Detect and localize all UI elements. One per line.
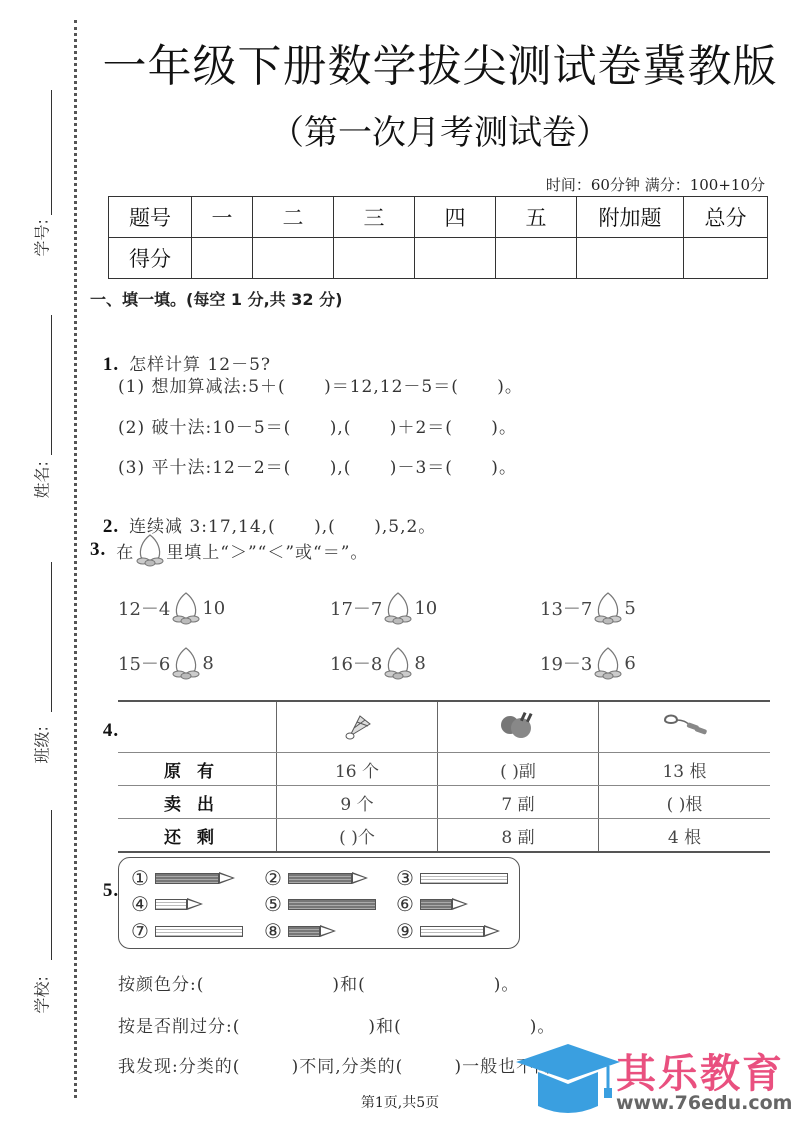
pencil-4: ④: [131, 892, 203, 916]
shuttlecock-cell: [277, 701, 438, 753]
score-input-cell[interactable]: [496, 238, 577, 279]
peach-answer-slot[interactable]: [592, 645, 624, 681]
compare-right: 6: [624, 653, 635, 674]
compare-item: 12－4 10: [118, 590, 225, 626]
cut-line: [74, 20, 77, 1098]
compare-left: 13－7: [540, 595, 592, 621]
watermark: 其乐教育 www.76edu.com: [512, 1040, 792, 1118]
question-text: 里填上“＞”“＜”或“＝”。: [166, 538, 368, 563]
compare-right: 5: [624, 598, 635, 619]
empty-header-cell: [118, 701, 277, 753]
jump-rope-cell: [599, 701, 771, 753]
compare-left: 12－4: [118, 595, 170, 621]
pencil-box: ① ② ③ ④ ⑤ ⑥ ⑦ ⑧ ⑨: [118, 857, 520, 949]
pencil-body: [155, 926, 243, 937]
table-cell: 8 副: [438, 819, 599, 853]
ping-pong-paddles-icon: [496, 710, 540, 740]
pencil-8: ⑧: [264, 919, 336, 943]
score-header-cell: 附加题: [577, 197, 684, 238]
answer-cell[interactable]: ( )副: [438, 753, 599, 786]
score-header-cell: 五: [496, 197, 577, 238]
pencil-number: ②: [264, 866, 282, 890]
score-input-cell[interactable]: [192, 238, 253, 279]
score-header-cell: 四: [415, 197, 496, 238]
compare-left: 15－6: [118, 650, 170, 676]
school-label: 学校:: [30, 980, 53, 1014]
pencil-number: ⑨: [396, 919, 414, 943]
row-label: 还剩: [118, 819, 277, 853]
shuttlecock-icon: [340, 708, 374, 742]
question-1-part-2: (2) 破十法:10－5＝( ),( )＋2＝( )。: [118, 413, 517, 438]
pencil-6: ⑥: [396, 892, 468, 916]
watermark-brand: 其乐教育: [616, 1042, 784, 1099]
question-number: 5.: [103, 880, 119, 901]
goods-icon-row: [118, 701, 770, 753]
goods-table: 原有 16 个 ( )副 13 根 卖出 9 个 7 副 ( )根 还剩 ( )…: [118, 700, 770, 853]
row-label: 原有: [118, 753, 277, 786]
score-input-cell[interactable]: [415, 238, 496, 279]
question-1: 1.怎样计算 12－5?: [90, 330, 271, 376]
pencil-9: ⑨: [396, 919, 500, 943]
table-cell: 4 根: [599, 819, 771, 853]
page-number: 第1页,共5页: [300, 1092, 500, 1112]
peach-answer-slot[interactable]: [382, 645, 414, 681]
name-underline: [51, 315, 52, 455]
score-header-cell: 题号: [109, 197, 192, 238]
question-1-part-1: (1) 想加算减法:5＋( )＝12,12－5＝( )。: [118, 372, 523, 397]
page-subtitle: （第一次月考测试卷）: [100, 105, 780, 154]
question-5-line-2: 按是否削过分:( )和( )。: [118, 1012, 555, 1037]
question-number: 4.: [103, 720, 119, 741]
pencil-number: ⑦: [131, 919, 149, 943]
pencil-body: [420, 899, 452, 910]
peach-answer-slot[interactable]: [170, 590, 202, 626]
score-header-cell: 二: [253, 197, 334, 238]
page-title: 一年级下册数学拔尖测试卷冀教版: [100, 30, 780, 94]
score-value-row: 得分: [109, 238, 768, 279]
compare-item: 13－7 5: [540, 590, 636, 626]
goods-row: 还剩 ( )个 8 副 4 根: [118, 819, 770, 853]
pencil-tip-icon: [352, 872, 368, 884]
pencil-3: ③: [396, 866, 508, 890]
pencil-tip-icon: [219, 872, 235, 884]
score-header-cell: 三: [334, 197, 415, 238]
pencil-number: ⑤: [264, 892, 282, 916]
score-input-cell[interactable]: [253, 238, 334, 279]
student-id-label: 学号:: [30, 223, 53, 257]
paddles-cell: [438, 701, 599, 753]
class-label: 班级:: [30, 730, 53, 764]
question-number: 3.: [90, 539, 106, 561]
question-number: 1.: [103, 354, 119, 375]
score-table: 题号 一 二 三 四 五 附加题 总分 得分: [108, 196, 768, 279]
pencil-body: [420, 873, 508, 884]
pencil-number: ④: [131, 892, 149, 916]
compare-right: 10: [202, 598, 225, 619]
question-3: 3. 在 里填上“＞”“＜”或“＝”。: [90, 532, 368, 568]
pencil-tip-icon: [484, 925, 500, 937]
peach-answer-slot[interactable]: [170, 645, 202, 681]
pencil-body: [155, 873, 219, 884]
question-5-line-3: 我发现:分类的( )不同,分类的( )一般也不同。: [118, 1052, 570, 1077]
row-label: 卖出: [118, 786, 277, 819]
pencil-5: ⑤: [264, 892, 376, 916]
name-label: 姓名:: [30, 465, 53, 499]
pencil-tip-icon: [320, 925, 336, 937]
student-id-underline: [51, 90, 52, 215]
table-cell: 16 个: [277, 753, 438, 786]
answer-cell[interactable]: ( )个: [277, 819, 438, 853]
school-underline: [51, 810, 52, 960]
peach-answer-slot[interactable]: [592, 590, 624, 626]
table-cell: 7 副: [438, 786, 599, 819]
pencil-2: ②: [264, 866, 368, 890]
pencil-tip-icon: [187, 898, 203, 910]
compare-right: 8: [202, 653, 213, 674]
pencil-tip-icon: [452, 898, 468, 910]
table-cell: 13 根: [599, 753, 771, 786]
peach-answer-slot[interactable]: [382, 590, 414, 626]
compare-left: 16－8: [330, 650, 382, 676]
answer-cell[interactable]: ( )根: [599, 786, 771, 819]
time-info: 时间：60分钟 满分：100+10分: [546, 174, 765, 195]
goods-row: 原有 16 个 ( )副 13 根: [118, 753, 770, 786]
pencil-body: [288, 873, 352, 884]
jump-rope-icon: [661, 712, 709, 738]
pencil-7: ⑦: [131, 919, 243, 943]
compare-left: 19－3: [540, 650, 592, 676]
pencil-body: [420, 926, 484, 937]
score-input-cell[interactable]: [684, 238, 768, 279]
compare-item: 19－3 6: [540, 645, 636, 681]
question-1-part-3: (3) 平十法:12－2＝( ),( )－3＝( )。: [118, 453, 517, 478]
section-heading: 一、填一填。(每空 1 分,共 32 分): [90, 287, 342, 310]
goods-row: 卖出 9 个 7 副 ( )根: [118, 786, 770, 819]
peach-icon: [134, 532, 166, 568]
compare-right: 10: [414, 598, 437, 619]
compare-item: 17－7 10: [330, 590, 437, 626]
compare-right: 8: [414, 653, 425, 674]
score-input-cell[interactable]: [577, 238, 684, 279]
pencil-number: ⑧: [264, 919, 282, 943]
pencil-number: ⑥: [396, 892, 414, 916]
score-header-row: 题号 一 二 三 四 五 附加题 总分: [109, 197, 768, 238]
pencil-number: ③: [396, 866, 414, 890]
score-row-label: 得分: [109, 238, 192, 279]
question-text: 在: [116, 538, 134, 563]
compare-item: 16－8 8: [330, 645, 426, 681]
compare-item: 15－6 8: [118, 645, 214, 681]
watermark-url: www.76edu.com: [616, 1092, 792, 1114]
score-header-cell: 一: [192, 197, 253, 238]
pencil-1: ①: [131, 866, 235, 890]
pencil-body: [155, 899, 187, 910]
pencil-number: ①: [131, 866, 149, 890]
class-underline: [51, 562, 52, 712]
score-header-cell: 总分: [684, 197, 768, 238]
table-cell: 9 个: [277, 786, 438, 819]
compare-left: 17－7: [330, 595, 382, 621]
score-input-cell[interactable]: [334, 238, 415, 279]
pencil-body: [288, 899, 376, 910]
graduation-cap-icon: [512, 1040, 622, 1118]
pencil-body: [288, 926, 320, 937]
question-5-line-1: 按颜色分:( )和( )。: [118, 970, 519, 995]
